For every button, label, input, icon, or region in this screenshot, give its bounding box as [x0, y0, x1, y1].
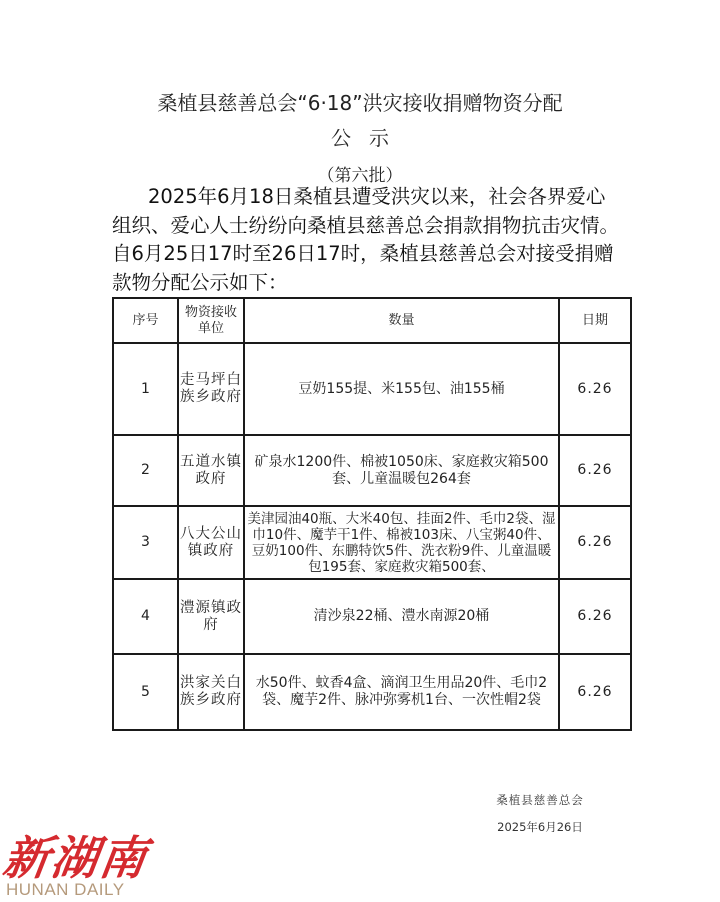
table-row: 3 八大公山镇政府 美津园油40瓶、大米40包、挂面2件、毛巾2袋、湿巾10件、… — [113, 506, 631, 579]
document-title: 桑植县慈善总会“6·18”洪灾接收捐赠物资分配 — [0, 87, 720, 116]
column-header-no: 序号 — [113, 298, 178, 343]
column-header-unit: 物资接收单位 — [178, 298, 244, 343]
signature-date: 2025年6月26日 — [440, 819, 640, 835]
row-unit: 洪家关白族乡政府 — [178, 654, 244, 730]
intro-line: 组织、爱心人士纷纷向桑植县慈善总会捐款捐物抗击灾情。 — [112, 212, 632, 241]
document-subtitle: 公示 — [0, 122, 720, 151]
row-qty: 清沙泉22桶、澧水南源20桶 — [244, 579, 559, 654]
row-no: 4 — [113, 579, 178, 654]
row-qty: 矿泉水1200件、棉被1050床、家庭救灾箱500套、儿童温暖包264套 — [244, 435, 559, 506]
row-date: 6.26 — [559, 654, 631, 730]
row-no: 3 — [113, 506, 178, 579]
distribution-table: 序号 物资接收单位 数量 日期 1 走马坪白族乡政府 豆奶155提、米155包、… — [112, 297, 632, 731]
column-header-qty: 数量 — [244, 298, 559, 343]
row-qty: 豆奶155提、米155包、油155桶 — [244, 343, 559, 435]
row-date: 6.26 — [559, 435, 631, 506]
intro-line: 自6月25日17时至26日17时，桑植县慈善总会对接受捐赠 — [112, 240, 632, 269]
hunan-daily-logo: 新湖南 — [0, 822, 153, 888]
row-no: 2 — [113, 435, 178, 506]
row-unit: 澧源镇政府 — [178, 579, 244, 654]
row-date: 6.26 — [559, 506, 631, 579]
table-row: 5 洪家关白族乡政府 水50件、蚊香4盒、滴润卫生用品20件、毛巾2袋、魔芋2件… — [113, 654, 631, 730]
intro-paragraph: 2025年6月18日桑植县遭受洪灾以来，社会各界爱心 组织、爱心人士纷纷向桑植县… — [112, 183, 632, 297]
intro-line: 2025年6月18日桑植县遭受洪灾以来，社会各界爱心 — [112, 183, 632, 212]
row-qty: 美津园油40瓶、大米40包、挂面2件、毛巾2袋、湿巾10件、魔芋干1件、棉被10… — [244, 506, 559, 579]
row-qty: 水50件、蚊香4盒、滴润卫生用品20件、毛巾2袋、魔芋2件、脉冲弥雾机1台、一次… — [244, 654, 559, 730]
column-header-date: 日期 — [559, 298, 631, 343]
signature-org: 桑植县慈善总会 — [440, 792, 640, 808]
row-no: 5 — [113, 654, 178, 730]
row-unit: 走马坪白族乡政府 — [178, 343, 244, 435]
hunan-daily-logo-text: HUNAN DAILY — [6, 880, 125, 900]
table-row: 4 澧源镇政府 清沙泉22桶、澧水南源20桶 6.26 — [113, 579, 631, 654]
row-unit: 八大公山镇政府 — [178, 506, 244, 579]
table-row: 2 五道水镇政府 矿泉水1200件、棉被1050床、家庭救灾箱500套、儿童温暖… — [113, 435, 631, 506]
row-date: 6.26 — [559, 579, 631, 654]
table-row: 1 走马坪白族乡政府 豆奶155提、米155包、油155桶 6.26 — [113, 343, 631, 435]
row-no: 1 — [113, 343, 178, 435]
intro-line: 款物分配公示如下： — [112, 269, 632, 298]
row-date: 6.26 — [559, 343, 631, 435]
table-header-row: 序号 物资接收单位 数量 日期 — [113, 298, 631, 343]
row-unit: 五道水镇政府 — [178, 435, 244, 506]
